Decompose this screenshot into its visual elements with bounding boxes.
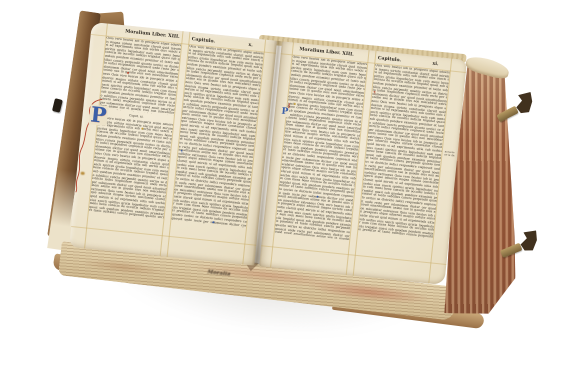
pilcrow-mark: ¶ (180, 150, 183, 154)
clasp-catch (52, 98, 63, 113)
chapter-number: x. (248, 43, 253, 48)
photo-background: Moralia Moralium Liber. XIII. Capitulo. … (0, 0, 570, 380)
clasp-strap (500, 243, 522, 258)
left-page: Moralium Liber. XIII. Capitulo. x. Quia … (69, 22, 277, 266)
chapter-number: xi. (432, 62, 439, 68)
small-blue-initial: P (280, 108, 289, 118)
running-title-capitulo: Capitulo. (191, 37, 215, 44)
edge-inscription: Moralia (206, 270, 231, 278)
marginal-note: no ta be ne iu dic (444, 150, 456, 157)
yellow-stroke (141, 128, 143, 130)
pilcrow-mark: ¶ (373, 91, 376, 95)
illuminated-initial: P (89, 104, 109, 126)
running-title-capitulo: Capitulo. (378, 56, 402, 63)
open-book: Moralia Moralium Liber. XIII. Capitulo. … (69, 22, 467, 285)
right-page: Moralium Liber. XIII. Capitulo. xi. Quia… (259, 41, 467, 285)
ruling-line (71, 226, 256, 246)
page-spread: Moralium Liber. XIII. Capitulo. x. Quia … (69, 22, 467, 285)
margin-smudge (81, 172, 85, 175)
clasp-strap (496, 106, 518, 123)
